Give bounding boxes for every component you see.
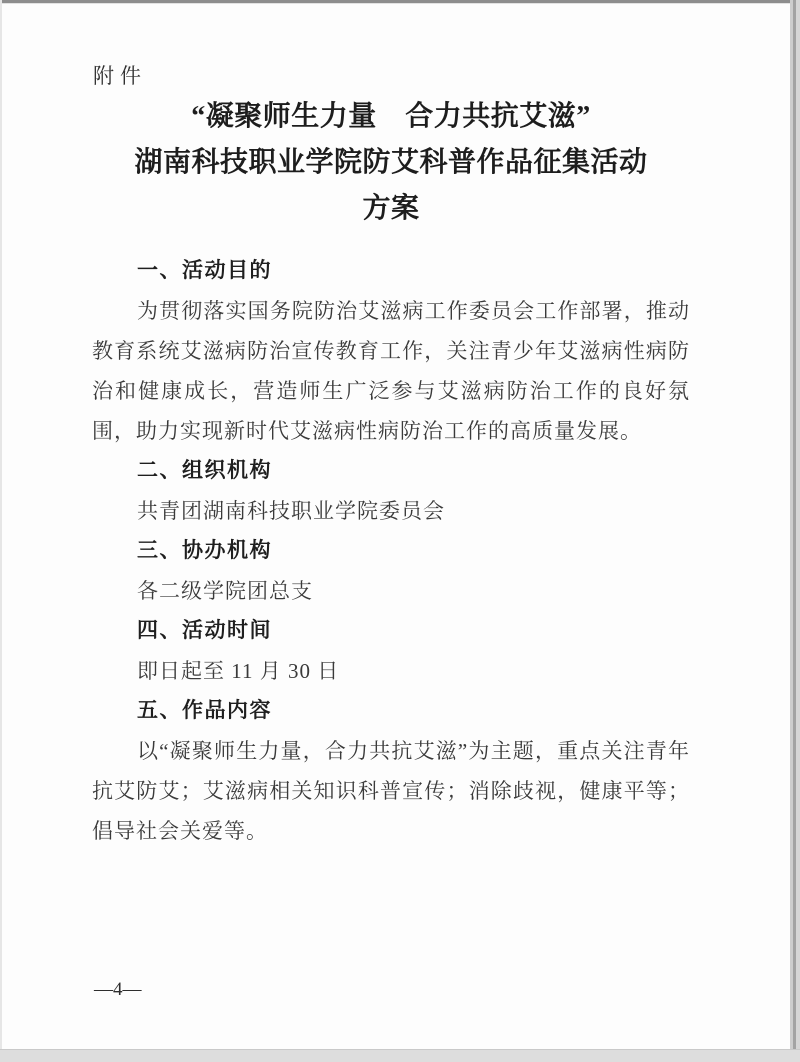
document-title: “凝聚师生力量 合力共抗艾滋” 湖南科技职业学院防艾科普作品征集活动 方案 — [92, 94, 690, 232]
document-body: 一、活动目的 为贯彻落实国务院防治艾滋病工作委员会工作部署，推动教育系统艾滋病防… — [92, 251, 690, 851]
document-page: 附件 “凝聚师生力量 合力共抗艾滋” 湖南科技职业学院防艾科普作品征集活动 方案… — [0, 0, 800, 1062]
section-heading: 一、活动目的 — [92, 251, 690, 291]
section-activity-time: 四、活动时间 即日起至 11 月 30 日 — [92, 611, 690, 691]
section-body: 共青团湖南科技职业学院委员会 — [92, 491, 690, 531]
section-heading: 四、活动时间 — [92, 611, 690, 651]
section-body: 以“凝聚师生力量，合力共抗艾滋”为主题，重点关注青年抗艾防艾；艾滋病相关知识科普… — [92, 731, 690, 851]
section-co-organizer: 三、协办机构 各二级学院团总支 — [92, 531, 690, 611]
attachment-label: 附件 — [93, 60, 147, 90]
section-organizer: 二、组织机构 共青团湖南科技职业学院委员会 — [92, 451, 690, 531]
section-activity-purpose: 一、活动目的 为贯彻落实国务院防治艾滋病工作委员会工作部署，推动教育系统艾滋病防… — [92, 251, 690, 451]
scan-edge-bottom — [0, 1049, 800, 1062]
section-body: 即日起至 11 月 30 日 — [92, 651, 690, 691]
title-line-3: 方案 — [92, 186, 690, 232]
section-work-content: 五、作品内容 以“凝聚师生力量，合力共抗艾滋”为主题，重点关注青年抗艾防艾；艾滋… — [92, 691, 690, 851]
scan-edge-right — [790, 0, 800, 1062]
title-line-2: 湖南科技职业学院防艾科普作品征集活动 — [92, 140, 690, 186]
section-body: 各二级学院团总支 — [92, 571, 690, 611]
scan-edge-left — [0, 0, 2, 1062]
title-line-1: “凝聚师生力量 合力共抗艾滋” — [92, 94, 690, 140]
page-number: —4— — [94, 979, 142, 1001]
section-heading: 二、组织机构 — [92, 451, 690, 491]
section-heading: 三、协办机构 — [92, 531, 690, 571]
section-heading: 五、作品内容 — [92, 691, 690, 731]
scan-edge-top — [0, 0, 800, 4]
section-body: 为贯彻落实国务院防治艾滋病工作委员会工作部署，推动教育系统艾滋病防治宣传教育工作… — [92, 291, 690, 451]
